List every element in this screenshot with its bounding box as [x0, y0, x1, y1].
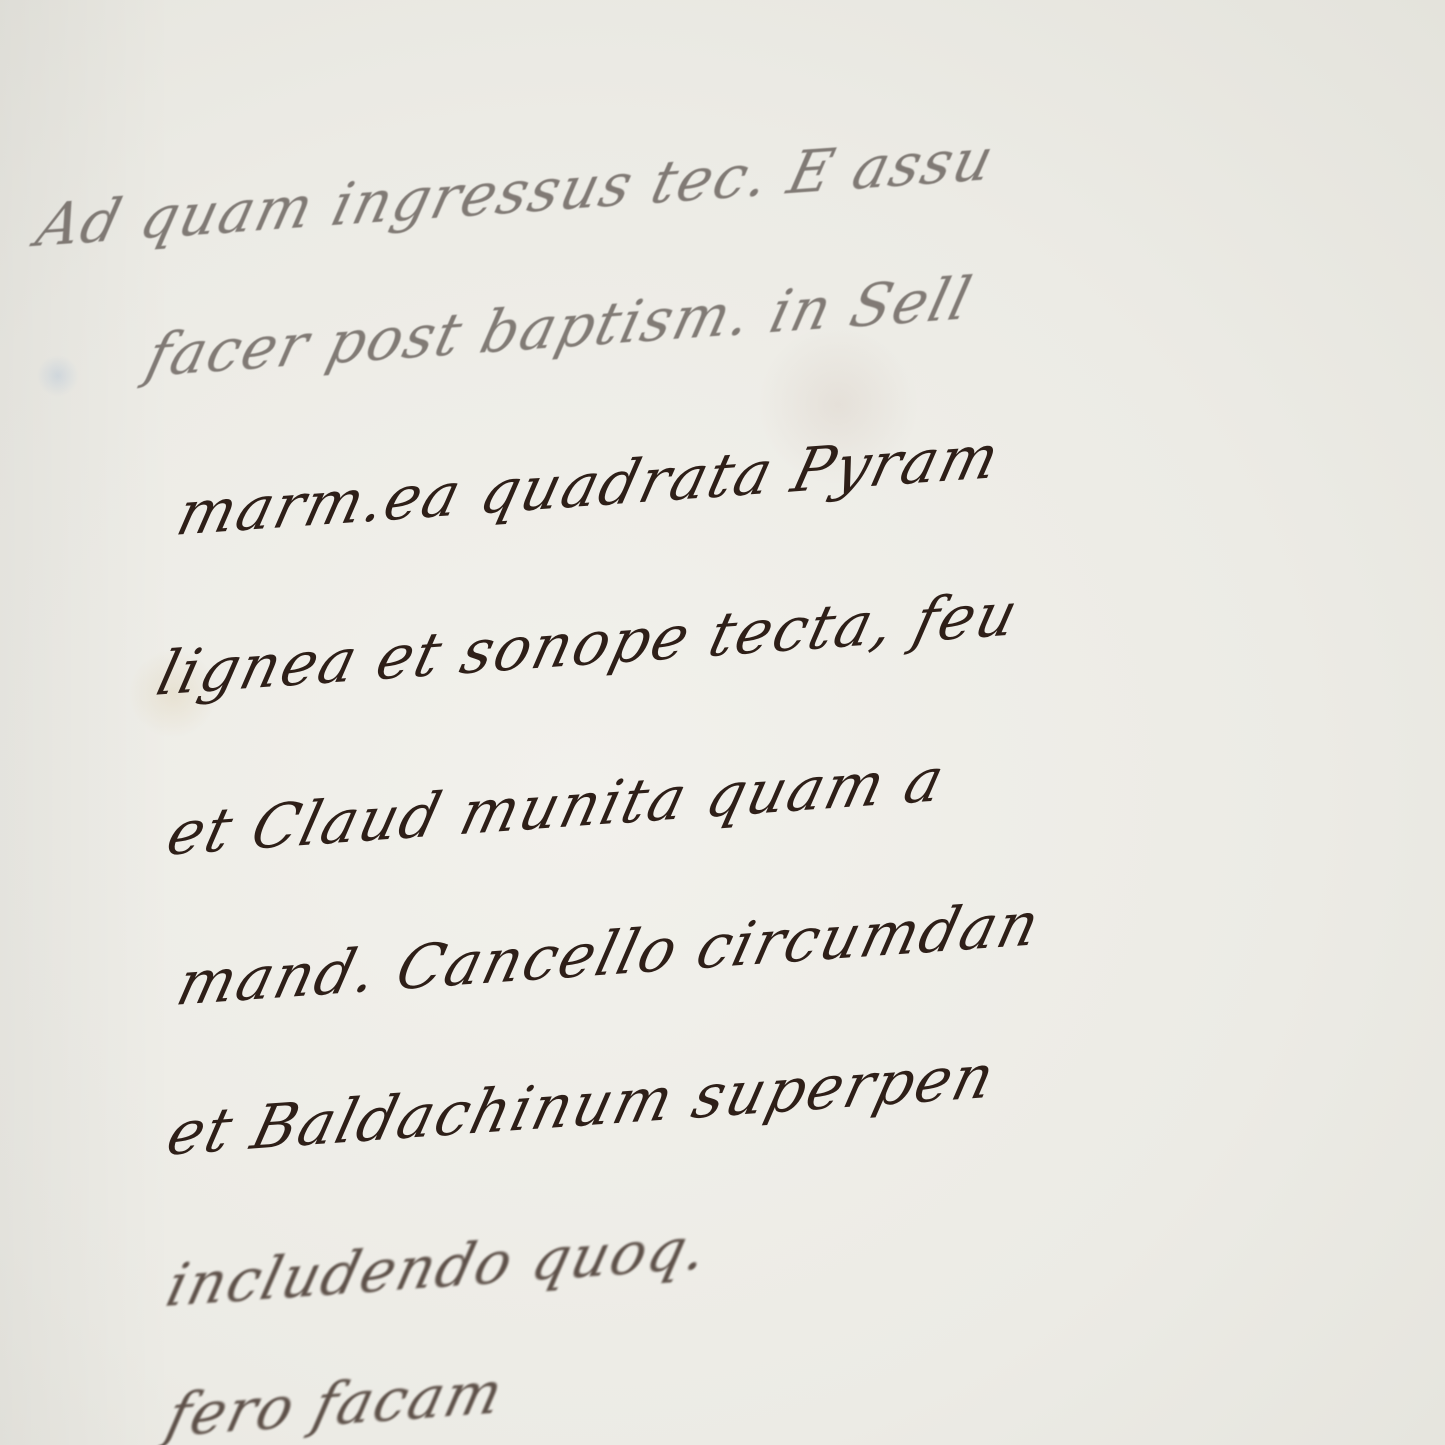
manuscript-line: Ad quam ingressus tec. E assu	[30, 124, 1002, 260]
manuscript-line: fero facam	[160, 1357, 511, 1445]
manuscript-line: et Claud munita quam a	[160, 744, 952, 870]
manuscript-line: et Baldachinum superpen	[160, 1041, 1003, 1170]
manuscript-line: marm.ea quadrata Pyram	[170, 421, 1008, 550]
manuscript-line: facer post baptism. in Sell	[140, 263, 980, 390]
manuscript-page: Ad quam ingressus tec. E assufacer post …	[0, 0, 1445, 1445]
manuscript-line: lignea et sonope tecta, feu	[150, 579, 1026, 710]
manuscript-line: includendo quoq.	[160, 1213, 717, 1320]
manuscript-line: mand. Cancello circumdan	[170, 888, 1048, 1020]
handwriting-area: Ad quam ingressus tec. E assufacer post …	[0, 0, 1445, 1445]
